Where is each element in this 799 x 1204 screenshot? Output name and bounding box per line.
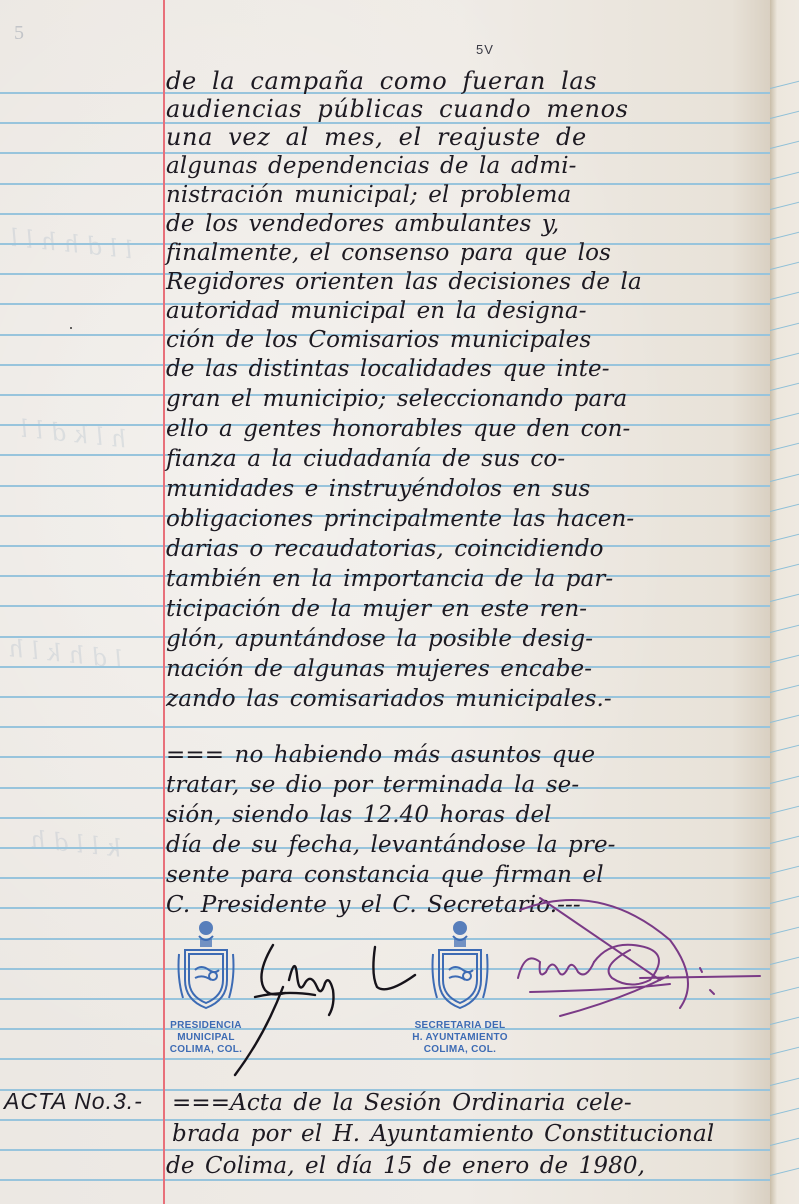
stamp-line: SECRETARIA DEL: [412, 1020, 508, 1032]
body-line: darias o recaudatorias, coincidiendo: [166, 534, 770, 564]
rule-line: [770, 440, 799, 451]
body-line: algunas dependencias de la admi-: [166, 151, 770, 181]
rule-line: [770, 622, 799, 633]
bleed-through-text: l d h k l h: [7, 634, 124, 674]
body-line: nación de algunas mujeres encabe-: [166, 654, 770, 684]
body-line: ticipación de la mujer en este ren-: [166, 594, 770, 624]
body-line: una vez al mes, el reajuste de: [166, 122, 770, 152]
body-line: de los vendedores ambulantes y,: [166, 209, 770, 239]
folio-mark: 5V: [476, 42, 494, 57]
body-line: fianza a la ciudadanía de sus co-: [166, 444, 770, 474]
secretaria-stamp: SECRETARIA DEL H. AYUNTAMIENTO COLIMA, C…: [412, 918, 508, 1056]
ledger-page: l l d h h l l h l k d l l l d h k l h k …: [0, 0, 770, 1204]
acta-label: ACTA No.3.-: [4, 1088, 143, 1115]
rule-line: [770, 501, 799, 512]
rule-line: [0, 726, 770, 728]
rule-line: [770, 531, 799, 542]
rule-line: [770, 380, 799, 391]
body-line: nistración municipal; el problema: [166, 180, 770, 210]
rule-line: [770, 984, 799, 995]
rule-line: [770, 138, 799, 149]
body-line: también en la importancia de la par-: [166, 564, 770, 594]
rule-line: [770, 742, 799, 753]
body-line: de las distintas localidades que inte-: [166, 354, 770, 384]
rule-line: [770, 591, 799, 602]
adjacent-page-edge: [770, 0, 799, 1204]
bleed-through-text: k l l d h: [29, 825, 123, 862]
body-line: munidades e instruyéndolos en sus: [166, 474, 770, 504]
body-line: de la campaña como fueran las: [166, 66, 770, 96]
rule-line: [770, 229, 799, 240]
rule-line: [770, 833, 799, 844]
stamp-line: COLIMA, COL.: [412, 1044, 508, 1056]
rule-line: [770, 289, 799, 300]
body-line: === no habiendo más asuntos que: [166, 740, 770, 770]
rule-line: [770, 320, 799, 331]
rule-line: [770, 259, 799, 270]
body-line: gran el municipio; seleccionando para: [166, 384, 770, 414]
rule-line: [770, 652, 799, 663]
presidente-signature: [225, 935, 425, 1085]
rule-line: [770, 954, 799, 965]
acta-line: brada por el H. Ayuntamiento Constitucio…: [172, 1119, 770, 1149]
body-line: autoridad municipal en la designa-: [166, 296, 770, 326]
body-line: ello a gentes honorables que den con-: [166, 414, 770, 444]
margin-line: [163, 0, 165, 1204]
body-line: sión, siendo las 12.40 horas del: [166, 800, 770, 830]
body-line: tratar, se dio por terminada la se-: [166, 770, 770, 800]
body-line: obligaciones principalmente las hacen-: [166, 504, 770, 534]
rule-line: [770, 712, 799, 723]
page-number: 5: [14, 22, 24, 45]
secretario-signature: [500, 880, 770, 1020]
rule-line: [770, 682, 799, 693]
bleed-through-text: h l k d l l: [19, 415, 128, 454]
body-line: zando las comisariados municipales.-: [166, 684, 770, 714]
body-line: ción de los Comisarios municipales: [166, 325, 770, 355]
rule-line: [770, 561, 799, 572]
rule-line: [770, 350, 799, 361]
acta-line: de Colima, el día 15 de enero de 1980,: [166, 1151, 770, 1181]
rule-line: [770, 1165, 799, 1176]
rule-line: [770, 803, 799, 814]
rule-line: [770, 410, 799, 421]
body-line: Regidores orienten las decisiones de la: [166, 267, 770, 297]
body-line: audiencias públicas cuando menos: [166, 94, 770, 124]
rule-line: [770, 1044, 799, 1055]
acta-line: ===Acta de la Sesión Ordinaria cele-: [172, 1088, 770, 1118]
rule-line: [770, 169, 799, 180]
rule-line: [770, 1014, 799, 1025]
rule-line: [770, 78, 799, 89]
stamp-line: H. AYUNTAMIENTO: [412, 1032, 508, 1044]
body-line: glón, apuntándose la posible desig-: [166, 624, 770, 654]
body-line: finalmente, el consenso para que los: [166, 238, 770, 268]
ink-dot: [70, 327, 72, 329]
rule-line: [770, 199, 799, 210]
rule-line: [770, 773, 799, 784]
rule-line: [770, 893, 799, 904]
body-line: día de su fecha, levantándose la pre-: [166, 830, 770, 860]
rule-line: [770, 1075, 799, 1086]
rule-line: [770, 1135, 799, 1146]
coat-of-arms-icon: [429, 918, 491, 1014]
rule-line: [770, 108, 799, 119]
rule-line: [770, 863, 799, 874]
rule-line: [770, 1105, 799, 1116]
rule-line: [770, 924, 799, 935]
rule-line: [770, 471, 799, 482]
